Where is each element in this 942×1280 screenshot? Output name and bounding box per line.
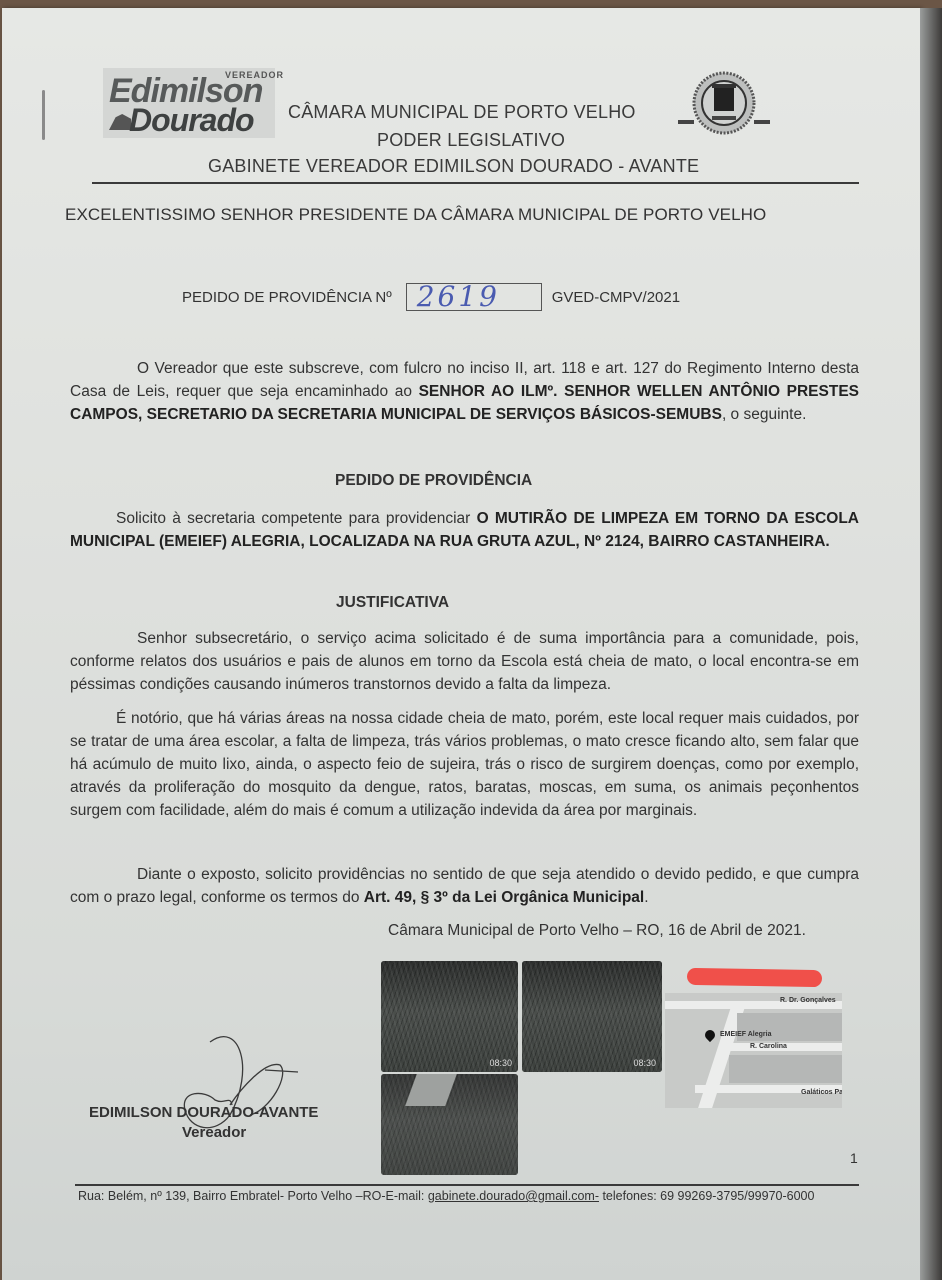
addressee: EXCELENTISSIMO SENHOR PRESIDENTE DA CÂMA… [65, 205, 766, 225]
footer-divider [75, 1184, 859, 1186]
request-label: PEDIDO DE PROVIDÊNCIA Nº [182, 289, 392, 306]
justification-paragraph-1: Senhor subsecretário, o serviço acima so… [70, 627, 859, 696]
map-pin-icon [703, 1028, 717, 1042]
vereador-logo: VEREADOR Edimilson Dourado [103, 68, 275, 138]
request-paragraph: Solicito à secretaria competente para pr… [70, 507, 859, 553]
footer-contact: Rua: Belém, nº 139, Bairro Embratel- Por… [78, 1189, 814, 1203]
photo-school-surroundings-1: 08:30 [381, 961, 518, 1072]
date-line: Câmara Municipal de Porto Velho – RO, 16… [388, 922, 806, 940]
closing-paragraph: Diante o exposto, solicito providências … [70, 863, 859, 909]
request-number-row: PEDIDO DE PROVIDÊNCIA Nº 2619 GVED-CMPV/… [182, 283, 680, 311]
photo-timestamp: 08:30 [489, 1058, 512, 1068]
signatory-role: Vereador [182, 1124, 246, 1141]
redaction-mark [687, 968, 822, 987]
location-map: R. Dr. Gonçalves EMEIEF Alegria R. Carol… [665, 993, 842, 1108]
rondonia-map-icon [109, 114, 131, 130]
map-label: EMEIEF Alegria [720, 1031, 771, 1038]
header-divider [92, 182, 859, 184]
request-number-box: 2619 [406, 283, 542, 311]
map-label: R. Dr. Gonçalves [780, 997, 836, 1004]
request-number-handwritten: 2619 [417, 280, 500, 313]
signatory-name: EDIMILSON DOURADO-AVANTE [89, 1104, 318, 1121]
header-office: GABINETE VEREADOR EDIMILSON DOURADO - AV… [208, 156, 699, 177]
photo-school-surroundings-3 [381, 1074, 518, 1175]
page-number: 1 [850, 1150, 858, 1166]
footer-email-link[interactable]: gabinete.dourado@gmail.com- [428, 1189, 599, 1203]
logo-last-name: Dourado [129, 102, 254, 139]
map-label: Galáticos Paraíso [801, 1089, 842, 1096]
section-title-justification: JUSTIFICATIVA [336, 594, 449, 612]
photo-school-surroundings-2: 08:30 [522, 961, 662, 1072]
header-chamber: CÂMARA MUNICIPAL DE PORTO VELHO [288, 102, 636, 123]
legal-reference: Art. 49, § 3º da Lei Orgânica Municipal [364, 889, 644, 906]
photo-timestamp: 08:30 [633, 1058, 656, 1068]
header-power: PODER LEGISLATIVO [377, 130, 565, 151]
staple [42, 90, 45, 140]
map-label: R. Carolina [750, 1043, 787, 1050]
camara-seal-icon [676, 70, 772, 136]
intro-paragraph: O Vereador que este subscreve, com fulcr… [70, 357, 859, 426]
justification-paragraph-2: É notório, que há várias áreas na nossa … [70, 707, 859, 822]
section-title-request: PEDIDO DE PROVIDÊNCIA [335, 472, 532, 490]
request-suffix: GVED-CMPV/2021 [552, 289, 680, 306]
